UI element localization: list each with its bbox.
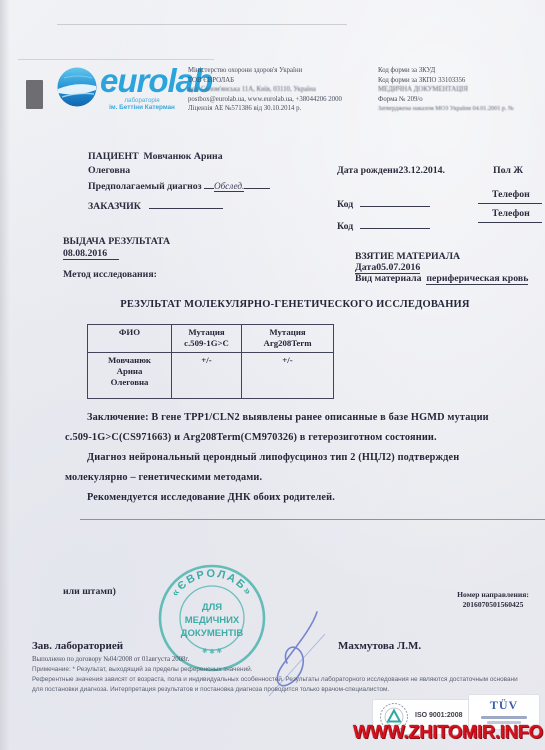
scan-artifact-block	[26, 80, 43, 109]
code-label: Код	[337, 221, 353, 232]
scanned-lab-report: eurolab лабораторія ім. Беттіни Катерман…	[0, 0, 545, 750]
stamp-center-line3: ДОКУМЕНТІВ	[181, 628, 244, 639]
ministry-block: Міністерство охорони здоров'я України ТО…	[188, 66, 342, 114]
customer-label: ЗАКАЗЧИК	[88, 201, 141, 212]
footnote-remark: Примечание: * Результат, выходящий за пр…	[32, 665, 545, 675]
ministry-line: Міністерство охорони здоров'я України	[188, 66, 342, 76]
form-line: Форма № 209/о	[378, 95, 514, 105]
cell-mutation-2-result: +/-	[242, 353, 334, 399]
col-header-mutation-2: МутацияArg208Term	[242, 325, 334, 353]
phone-label-1: Телефон	[492, 189, 530, 200]
or-stamp-label: или штамп)	[63, 586, 116, 597]
table-header-row: ФИО Мутацияс.509-1G>C МутацияArg208Term	[88, 325, 334, 353]
referral-label: Номер направления:	[443, 590, 543, 600]
material-type-line: Вид материала периферическая кровь	[355, 273, 528, 284]
contacts-line: postbox@eurolab.ua, www.eurolab.ua, +380…	[188, 95, 342, 105]
col-header-mutation-1: Мутацияс.509-1G>C	[172, 325, 242, 353]
approved-line: Затверджена наказом МОЗ України 04.01.20…	[378, 104, 514, 114]
method-label: Метод исследования:	[63, 269, 157, 280]
sex-line: Пол Ж	[493, 165, 523, 176]
sex-label: Пол	[493, 165, 511, 176]
sex-value: Ж	[513, 165, 523, 176]
table-row: Мовчанюк Арина Олеговна +/- +/-	[88, 353, 334, 399]
signer-name: Махмутова Л.М.	[338, 640, 421, 652]
patient-name: Мовчанюк Арина	[144, 151, 223, 162]
customer-line: ЗАКАЗЧИК	[88, 199, 223, 212]
patient-name-line2: Олеговна	[88, 165, 130, 176]
issue-date: 08.08.2016	[63, 248, 119, 259]
zkpo-line: Код форми за ЗКПО 33103356	[378, 76, 514, 86]
iso-label: ISO 9001:2008	[415, 712, 462, 719]
footnote-reference-1: Референтные значения зависят от возраста…	[32, 675, 545, 685]
material-type: периферическая кровь	[426, 273, 528, 285]
material-label: ВЗЯТИЕ МАТЕРИАЛА	[355, 251, 460, 262]
phone-label-2: Телефон	[492, 208, 530, 219]
form-codes-block: Код форми за ЗКУД Код форми за ЗКПО 3310…	[378, 66, 514, 114]
cell-mutation-1-result: +/-	[172, 353, 242, 399]
tuv-logo: TÜV	[469, 698, 539, 713]
conclusion-line: Заключение: В гене ТРР1/CLN2 выявлены ра…	[65, 408, 489, 428]
svg-text:«ЄВРОЛАБ»: «ЄВРОЛАБ»	[169, 568, 255, 599]
conclusion-line: Диагноз нейрональный церондный липофусци…	[65, 448, 489, 468]
phone-blank-1	[478, 203, 542, 204]
dob-line: Дата рождени23.12.2014.	[337, 165, 445, 176]
material-date-label: Дата	[355, 262, 376, 273]
logo-subtitle: лабораторія	[112, 97, 172, 104]
conclusion-line: с.509-1G>C(CS971663) и Arg208Term(СМ9703…	[65, 428, 489, 448]
code-line-2: Код	[337, 219, 430, 232]
phone-blank-2	[478, 222, 542, 223]
footnote-contract: Выполнено по договору №04/2008 от 01авгу…	[32, 655, 545, 665]
dob-value: 23.12.2014.	[398, 165, 445, 176]
material-date: 05.07.2016	[376, 262, 420, 273]
stamp-center-line1: ДЛЯ	[202, 602, 222, 613]
scan-artifact-line	[18, 59, 214, 60]
material-type-label: Вид материала	[355, 273, 421, 284]
conclusion-line: Рекомендуется исследование ДНК обоих род…	[65, 488, 489, 508]
material-date-line: Дата05.07.2016	[355, 262, 420, 273]
scan-edge-shadow	[0, 0, 10, 750]
lab-head-label: Зав. лабораторией	[32, 640, 123, 652]
logo-subtitle2: ім. Беттіни Катерман	[100, 104, 184, 111]
company-line: ТОВ ЄВРОЛАБ	[188, 76, 342, 86]
tuv-decor-bar	[481, 716, 527, 719]
meddoc-line: МЕДИЧНА ДОКУМЕНТАЦІЯ	[378, 85, 514, 95]
diagnosis-label: Предполагаемый диагноз	[88, 181, 202, 192]
dob-label: Дата рождени	[337, 165, 398, 176]
conclusion-line: молекулярно – генетическими методами.	[65, 468, 489, 488]
eurolab-globe-icon	[56, 66, 98, 108]
conclusion-block: Заключение: В гене ТРР1/CLN2 выявлены ра…	[65, 408, 489, 508]
code-label: Код	[337, 199, 353, 210]
zkud-line: Код форми за ЗКУД	[378, 66, 514, 76]
code-line-1: Код	[337, 197, 430, 210]
stamp-arc-text: «ЄВРОЛАБ»	[169, 568, 255, 599]
col-header-fio: ФИО	[88, 325, 172, 353]
referral-block: Номер направления: 2016070501560425	[443, 590, 543, 610]
patient-label: ПАЦИЕНТ	[88, 151, 139, 162]
results-table: ФИО Мутацияс.509-1G>C МутацияArg208Term …	[87, 324, 334, 399]
issue-label: ВЫДАЧА РЕЗУЛЬТАТА	[63, 236, 170, 247]
stamp-center-line2: МЕДИЧНИХ	[185, 615, 240, 626]
referral-number: 2016070501560425	[443, 600, 543, 610]
diagnosis-line: Предполагаемый диагноз Обслед.	[88, 179, 270, 192]
scan-artifact-line	[57, 24, 347, 25]
cell-patient-name: Мовчанюк Арина Олеговна	[88, 353, 172, 399]
diagnosis-value: Обслед.	[214, 181, 244, 192]
watermark-text: WWW.ZHITOMIR.INFO	[353, 721, 543, 743]
report-title: РЕЗУЛЬТАТ МОЛЕКУЛЯРНО-ГЕНЕТИЧЕСКОГО ИССЛ…	[60, 299, 530, 310]
license-line: Ліцензія АЕ №571386 від 30.10.2014 р.	[188, 104, 342, 114]
divider-line	[80, 519, 545, 520]
address-line: вул. Солом'янська 11А, Київ, 03110, Укра…	[188, 85, 342, 95]
footnotes-block: Выполнено по договору №04/2008 от 01авгу…	[32, 655, 545, 695]
patient-line: ПАЦИЕНТ Мовчанюк Арина	[88, 151, 223, 162]
